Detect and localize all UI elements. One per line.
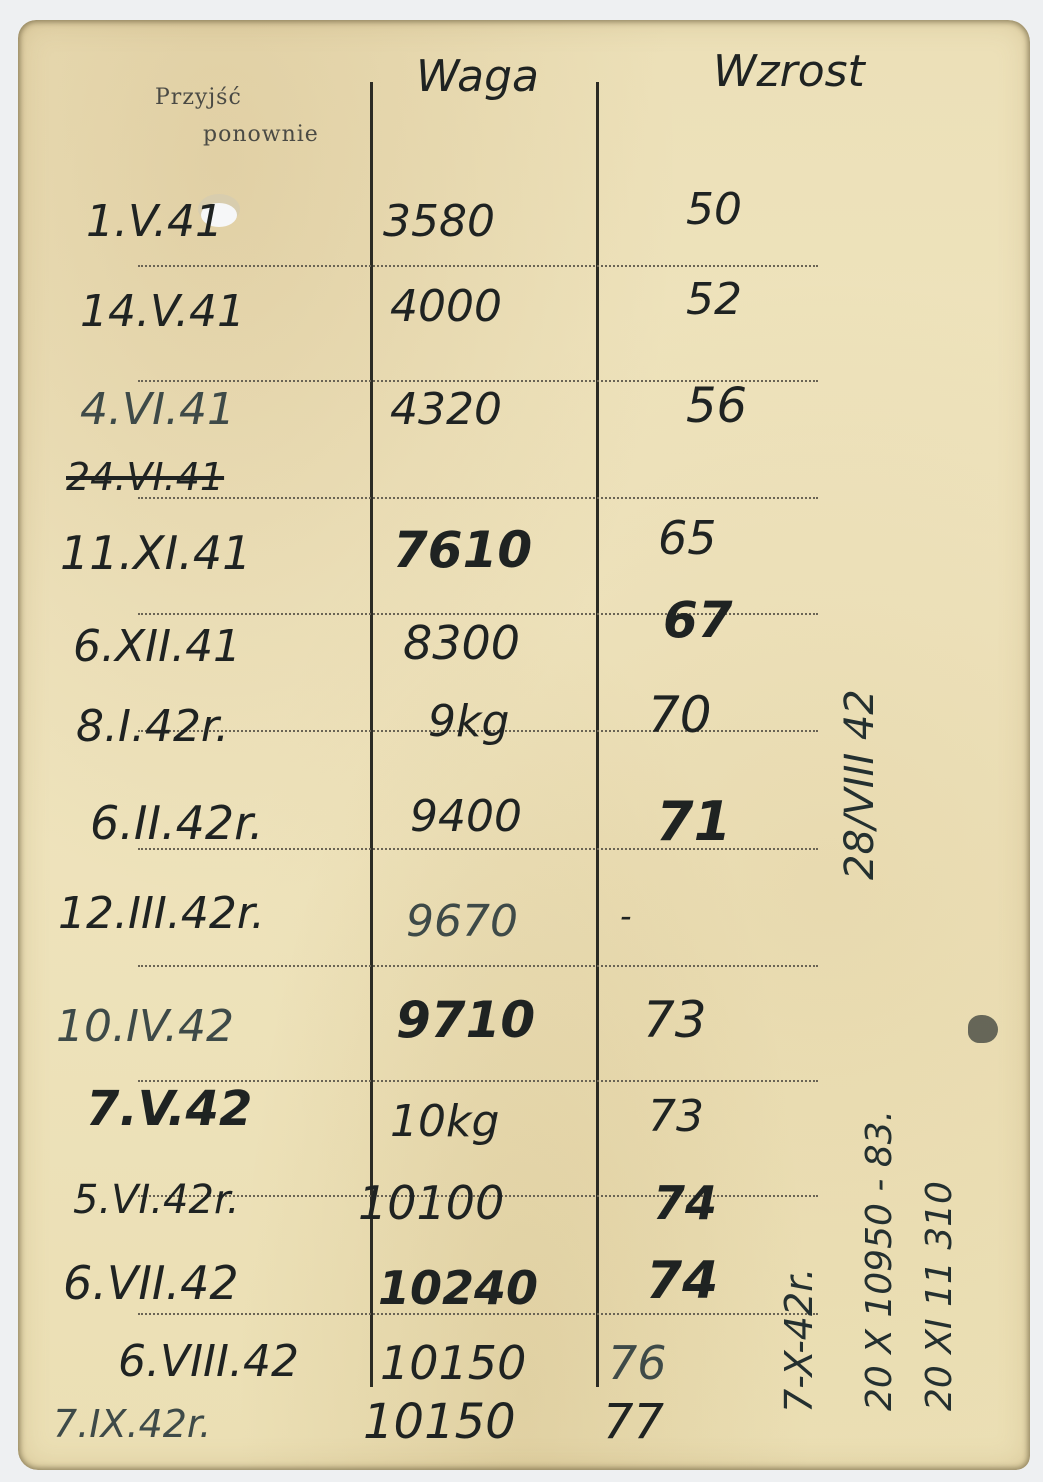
row-height: 50 <box>686 188 742 232</box>
row-weight: 10150 <box>363 1398 516 1446</box>
row-date: 5.VI.42r. <box>73 1180 239 1220</box>
row-date: 11.XI.41 <box>60 530 251 576</box>
row-height: 76 <box>608 1340 667 1386</box>
column-divider-2 <box>596 82 599 1387</box>
row-date: 8.I.42r. <box>76 705 229 749</box>
row-height: 73 <box>648 1095 704 1139</box>
row-weight: 7610 <box>393 525 532 575</box>
row-height: 77 <box>603 1398 664 1446</box>
row-weight: 8300 <box>403 620 520 666</box>
row-weight: 4320 <box>390 388 502 432</box>
row-height: 74 <box>646 1255 718 1307</box>
row-weight: 3580 <box>383 200 495 244</box>
row-date: 6.VIII.42 <box>118 1340 299 1384</box>
row-height: 70 <box>648 690 712 740</box>
growth-record-card: Przyjść ponownie Waga Wzrost 1.V.41 3580… <box>18 20 1030 1470</box>
row-height: 65 <box>658 515 717 561</box>
margin-note: 7-X-42r. <box>780 1268 818 1413</box>
row-date: 1.V.41 <box>86 200 223 244</box>
row-weight: 10100 <box>358 1180 504 1226</box>
row-date: 14.V.41 <box>80 290 245 334</box>
row-weight: 10240 <box>378 1265 538 1311</box>
row-date: 6.II.42r. <box>90 800 264 846</box>
row-height: 73 <box>643 995 707 1045</box>
row-height: 71 <box>656 795 731 849</box>
row-date: 12.III.42r. <box>58 892 265 936</box>
row-date: 7.V.42 <box>86 1085 252 1133</box>
row-height: 67 <box>663 595 733 645</box>
row-weight: 9670 <box>406 900 518 944</box>
header-waga: Waga <box>416 55 539 99</box>
row-date: 10.IV.42 <box>56 1005 234 1049</box>
row-height: - <box>620 900 632 932</box>
ink-blot <box>968 1015 998 1043</box>
header-ponownie: ponownie <box>203 122 319 147</box>
row-date: 6.VII.42 <box>63 1260 239 1306</box>
row-weight: 9710 <box>396 995 535 1045</box>
row-weight: 10150 <box>380 1340 526 1386</box>
row-weight: 9kg <box>428 700 509 744</box>
row-date: 7.IX.42r. <box>53 1405 211 1443</box>
row-height: 56 <box>686 382 747 430</box>
margin-note: 20 XI 11 310 <box>922 1181 958 1411</box>
row-date-struck: 24.VI.41 <box>66 458 224 496</box>
row-date: 4.VI.41 <box>80 388 235 432</box>
header-wzrost: Wzrost <box>713 50 865 94</box>
margin-note: 28/VIII 42 <box>840 689 880 880</box>
row-height: 74 <box>653 1180 717 1226</box>
row-weight: 9400 <box>410 795 522 839</box>
header-przyjsc: Przyjść <box>155 85 242 110</box>
row-weight: 10kg <box>390 1100 499 1144</box>
margin-note: 20 X 10950 - 83. <box>862 1110 898 1411</box>
row-weight: 4000 <box>390 285 502 329</box>
row-height: 52 <box>686 278 742 322</box>
row-date: 6.XII.41 <box>73 625 241 669</box>
